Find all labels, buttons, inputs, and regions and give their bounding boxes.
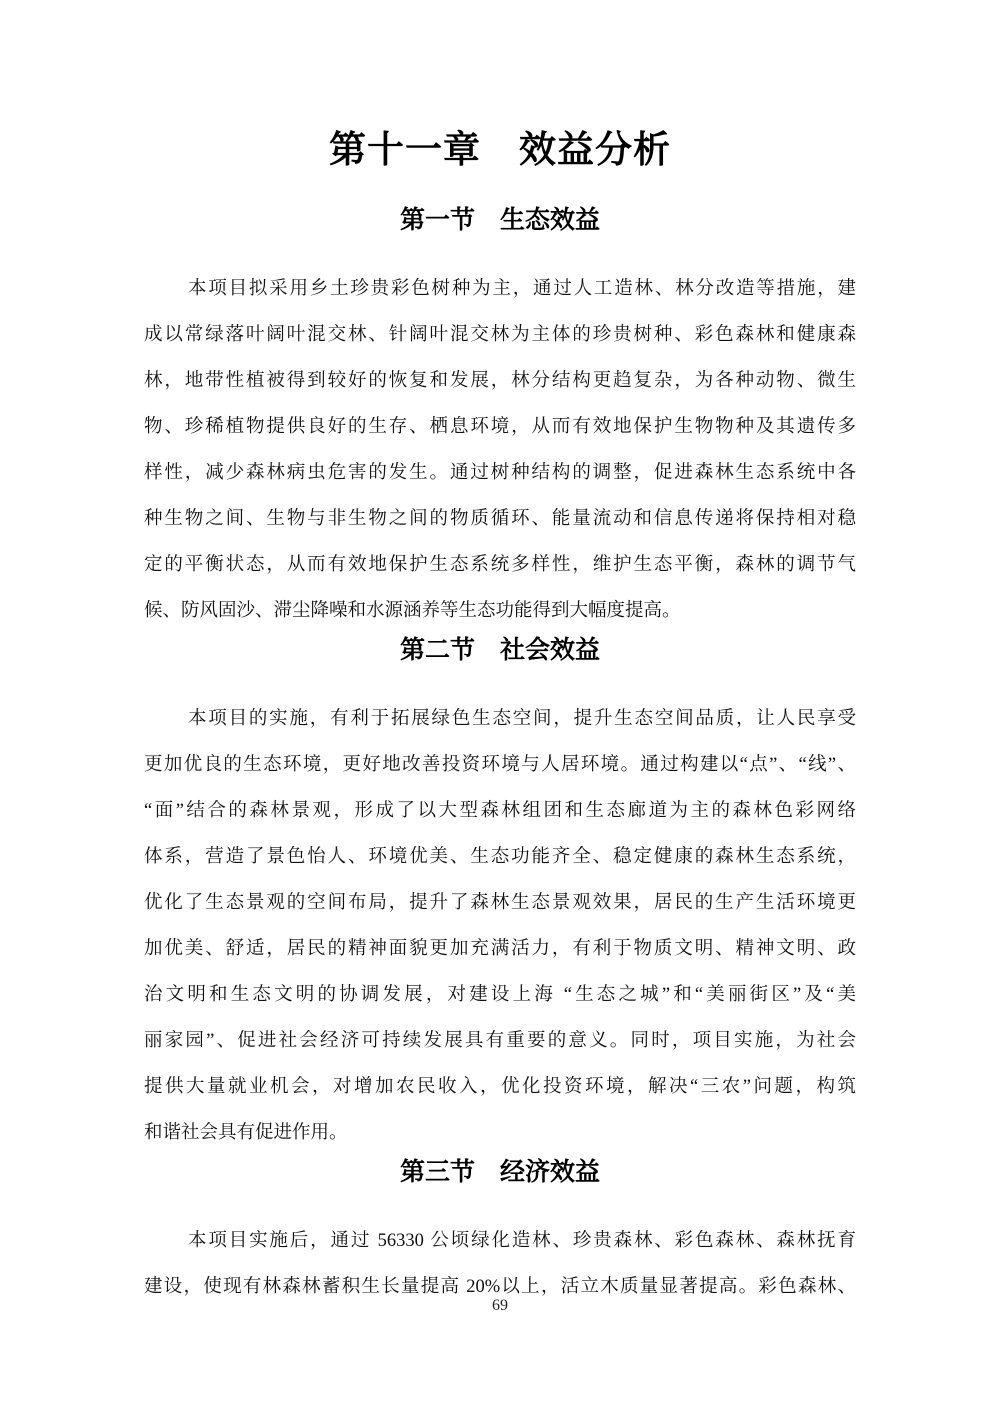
text-line: 治文明和生态文明的协调发展，对建设上海 “生态之城”和“美丽街区”及“美 xyxy=(144,972,856,1018)
text-line: 种生物之间、生物与非生物之间的物质循环、能量流动和信息传递将保持相对稳 xyxy=(144,496,856,542)
text-line: 物、珍稀植物提供良好的生存、栖息环境，从而有效地保护生物物种及其遗传多 xyxy=(144,404,856,450)
paragraph-social: 本项目的实施，有利于拓展绿色生态空间，提升生态空间品质，让人民享受更加优良的生态… xyxy=(144,696,856,1156)
text-line: 本项目实施后，通过 56330 公顷绿化造林、珍贵森林、彩色森林、森林抚育 xyxy=(144,1218,856,1264)
text-line: 本项目拟采用乡土珍贵彩色树种为主，通过人工造林、林分改造等措施，建 xyxy=(144,266,856,312)
text-line: 丽家园”、促进社会经济可持续发展具有重要的意义。同时，项目实施，为社会 xyxy=(144,1018,856,1064)
page-number: 69 xyxy=(0,1297,1000,1315)
section-economic: 第三节 经济效益 本项目实施后，通过 56330 公顷绿化造林、珍贵森林、彩色森… xyxy=(144,1156,856,1310)
page-content: 第十一章 效益分析 第一节 生态效益 本项目拟采用乡土珍贵彩色树种为主，通过人工… xyxy=(144,0,856,1310)
section-heading-economic: 第三节 经济效益 xyxy=(144,1156,856,1190)
text-line: 优化了生态景观的空间布局，提升了森林生态景观效果，居民的生产生活环境更 xyxy=(144,880,856,926)
text-line: 林，地带性植被得到较好的恢复和发展，林分结构更趋复杂，为各种动物、微生 xyxy=(144,358,856,404)
paragraph-ecological: 本项目拟采用乡土珍贵彩色树种为主，通过人工造林、林分改造等措施，建成以常绿落叶阔… xyxy=(144,266,856,634)
text-line: 更加优良的生态环境，更好地改善投资环境与人居环境。通过构建以“点”、“线”、 xyxy=(144,742,856,788)
text-line: 加优美、舒适，居民的精神面貌更加充满活力，有利于物质文明、精神文明、政 xyxy=(144,926,856,972)
text-line: 本项目的实施，有利于拓展绿色生态空间，提升生态空间品质，让人民享受 xyxy=(144,696,856,742)
text-line: 体系，营造了景色怡人、环境优美、生态功能齐全、稳定健康的森林生态系统， xyxy=(144,834,856,880)
section-heading-ecological: 第一节 生态效益 xyxy=(144,204,856,238)
section-social: 第二节 社会效益 本项目的实施，有利于拓展绿色生态空间，提升生态空间品质，让人民… xyxy=(144,634,856,1156)
text-line: 候、防风固沙、滞尘降噪和水源涵养等生态功能得到大幅度提高。 xyxy=(144,588,856,634)
document-page: 第十一章 效益分析 第一节 生态效益 本项目拟采用乡土珍贵彩色树种为主，通过人工… xyxy=(0,0,1000,1414)
chapter-title: 第十一章 效益分析 xyxy=(144,124,856,178)
text-line: “面”结合的森林景观，形成了以大型森林组团和生态廊道为主的森林色彩网络 xyxy=(144,788,856,834)
section-ecological: 第一节 生态效益 本项目拟采用乡土珍贵彩色树种为主，通过人工造林、林分改造等措施… xyxy=(144,204,856,634)
text-line: 和谐社会具有促进作用。 xyxy=(144,1110,856,1156)
text-line: 提供大量就业机会，对增加农民收入，优化投资环境，解决“三农”问题，构筑 xyxy=(144,1064,856,1110)
text-line: 定的平衡状态，从而有效地保护生态系统多样性，维护生态平衡，森林的调节气 xyxy=(144,542,856,588)
text-line: 样性，减少森林病虫危害的发生。通过树种结构的调整，促进森林生态系统中各 xyxy=(144,450,856,496)
text-line: 成以常绿落叶阔叶混交林、针阔叶混交林为主体的珍贵树种、彩色森林和健康森 xyxy=(144,312,856,358)
section-heading-social: 第二节 社会效益 xyxy=(144,634,856,668)
